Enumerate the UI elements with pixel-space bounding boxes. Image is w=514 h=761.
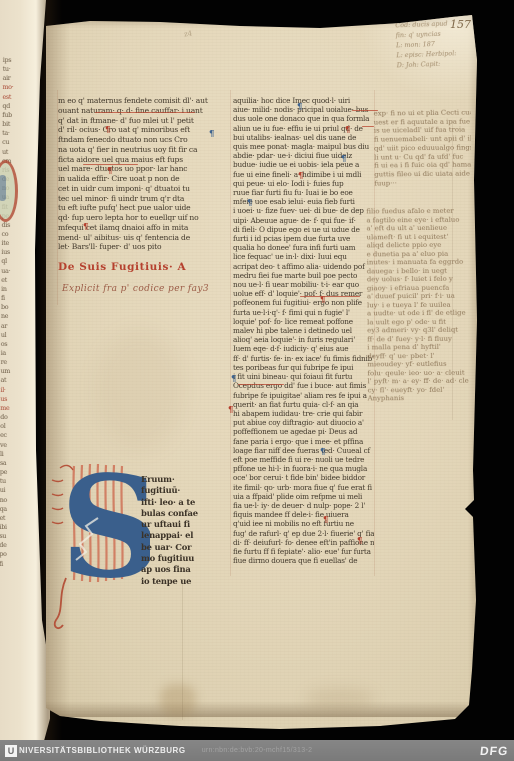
urn-identifier: urn:nbn:de:bvb:20-mchf15/313-2 [0, 747, 514, 754]
margin-note-upper: exp· fi no ui et plia Cecti cuauest er f… [374, 108, 472, 187]
corner-annotations: Cod: ducis apudfin: q' uynciasL: mon: 18… [395, 18, 475, 71]
parchment-crease [182, 580, 183, 720]
manuscript-scan-viewport: ipstu·airmo·estqdfubbitta·cuutemrisdenou… [0, 0, 514, 761]
illuminated-initial: S [50, 460, 150, 638]
dfg-logo: DFG [479, 744, 509, 758]
facing-page-initial-core [0, 175, 6, 201]
facing-page-text-fragments: ipstu·airmo·estqdfubbitta·cuutemrisdenou… [0, 56, 24, 569]
quire-mark: z4 [183, 29, 192, 38]
catalog-footer-bar: U NIVERSITÄTSBIBLIOTHEK WÜRZBURG urn:nbn… [0, 740, 514, 761]
initial-letter: S [60, 460, 150, 610]
page-shadow-bottom [0, 701, 514, 717]
manuscript-page: 157 Cod: ducis apudfin: q' uynciasL: mon… [0, 0, 514, 741]
parchment-stain [305, 688, 375, 710]
margin-note-lower: filio fuedus afalo e metera fagtilo eine… [366, 207, 471, 403]
center-text-column: aquilia· hoc dice Imec quod·l· uiriaiue·… [233, 96, 374, 565]
explicit-line: Explicit fra p' codice per fay3 [62, 284, 209, 294]
initial-side-text: Eruum·fugitiuū·ifti· leo· a tebulas con… [141, 474, 233, 587]
rubric-heading: De Suis Fugitiuis· A [58, 261, 186, 273]
parchment-stain [160, 684, 196, 716]
show-through-stain [95, 330, 185, 450]
